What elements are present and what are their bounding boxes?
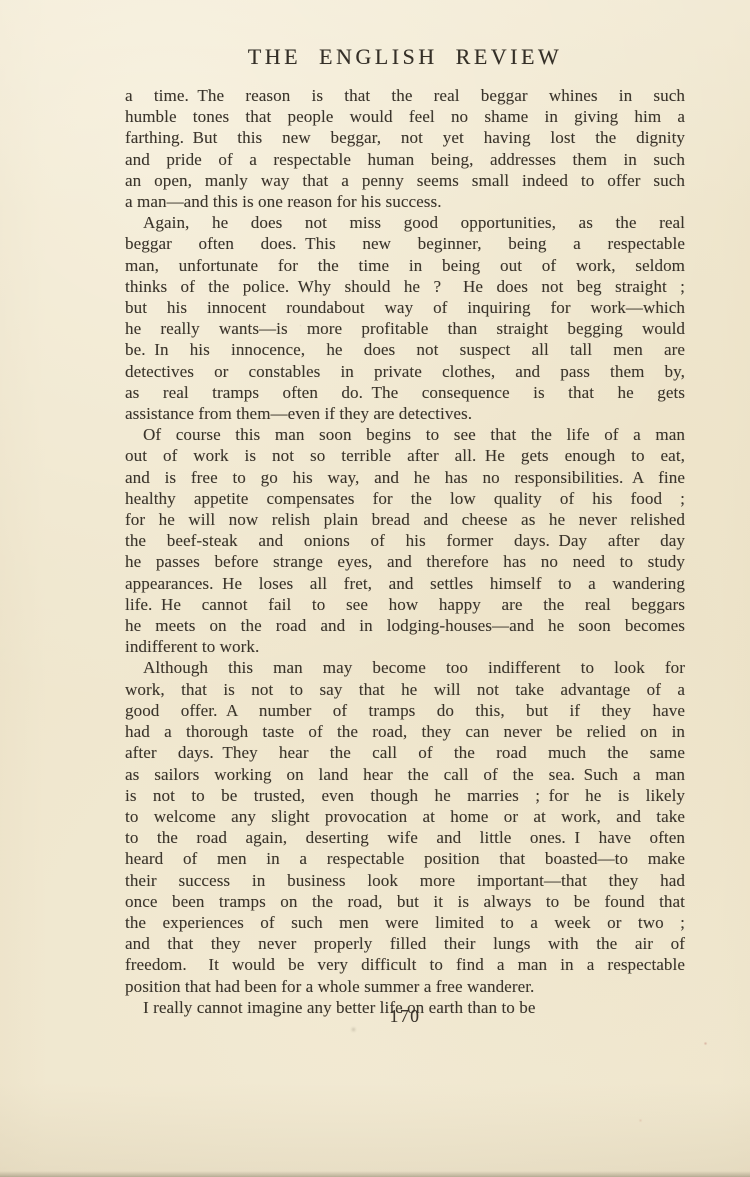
- text-line: heard of men in a respectable position t…: [125, 848, 685, 869]
- text-line: a man—and this is one reason for his suc…: [125, 191, 685, 212]
- paragraph: Although this man may become too indiffe…: [125, 657, 685, 996]
- text-line: farthing. But this new beggar, not yet h…: [125, 127, 685, 148]
- text-line: life. He cannot fail to see how happy ar…: [125, 594, 685, 615]
- running-head-title: THE ENGLISH REVIEW: [125, 44, 685, 70]
- text-line: and pride of a respectable human being, …: [125, 149, 685, 170]
- text-line: indifferent to work.: [125, 636, 685, 657]
- text-line: the beef-steak and onions of his former …: [125, 530, 685, 551]
- text-line: humble tones that people would feel no s…: [125, 106, 685, 127]
- page-number: 170: [125, 1006, 685, 1027]
- text-line: their success in business look more impo…: [125, 870, 685, 891]
- text-line: he meets on the road and in lodging-hous…: [125, 615, 685, 636]
- text-line: work, that is not to say that he will no…: [125, 679, 685, 700]
- text-line: position that had been for a whole summe…: [125, 976, 685, 997]
- text-line: an open, manly way that a penny seems sm…: [125, 170, 685, 191]
- text-line: assistance from them—even if they are de…: [125, 403, 685, 424]
- text-block: a time. The reason is that the real begg…: [125, 85, 685, 1018]
- text-line: after days. They hear the call of the ro…: [125, 742, 685, 763]
- text-line: man, unfortunate for the time in being o…: [125, 255, 685, 276]
- text-line: Of course this man soon begins to see th…: [125, 424, 685, 445]
- text-line: to welcome any slight provocation at hom…: [125, 806, 685, 827]
- text-line: he passes before strange eyes, and there…: [125, 551, 685, 572]
- text-line: good offer. A number of tramps do this, …: [125, 700, 685, 721]
- text-line: as sailors working on land hear the call…: [125, 764, 685, 785]
- text-line: is not to be trusted, even though he mar…: [125, 785, 685, 806]
- text-line: healthy appetite compensates for the low…: [125, 488, 685, 509]
- text-line: to the road again, deserting wife and li…: [125, 827, 685, 848]
- text-line: Again, he does not miss good opportuniti…: [125, 212, 685, 233]
- text-line: freedom. It would be very difficult to f…: [125, 954, 685, 975]
- text-line: thinks of the police. Why should he ? He…: [125, 276, 685, 297]
- text-line: Although this man may become too indiffe…: [125, 657, 685, 678]
- paragraph: Again, he does not miss good opportuniti…: [125, 212, 685, 424]
- text-line: a time. The reason is that the real begg…: [125, 85, 685, 106]
- text-line: he really wants—is more profitable than …: [125, 318, 685, 339]
- text-line: detectives or constables in private clot…: [125, 361, 685, 382]
- text-line: appearances. He loses all fret, and sett…: [125, 573, 685, 594]
- text-line: out of work is not so terrible after all…: [125, 445, 685, 466]
- paragraph: Of course this man soon begins to see th…: [125, 424, 685, 657]
- text-line: the experiences of such men were limited…: [125, 912, 685, 933]
- page-bottom-edge-shadow: [0, 1171, 750, 1177]
- text-line: but his innocent roundabout way of inqui…: [125, 297, 685, 318]
- text-line: once been tramps on the road, but it is …: [125, 891, 685, 912]
- text-line: beggar often does. This new beginner, be…: [125, 233, 685, 254]
- paragraph: a time. The reason is that the real begg…: [125, 85, 685, 212]
- text-line: and that they never properly filled thei…: [125, 933, 685, 954]
- scanned-book-page: { "page": { "header": { "title": "THE EN…: [0, 0, 750, 1177]
- scan-specks: [0, 0, 1, 1]
- text-line: be. In his innocence, he does not suspec…: [125, 339, 685, 360]
- text-line: and is free to go his way, and he has no…: [125, 467, 685, 488]
- text-line: had a thorough taste of the road, they c…: [125, 721, 685, 742]
- text-line: as real tramps often do. The consequence…: [125, 382, 685, 403]
- text-line: for he will now relish plain bread and c…: [125, 509, 685, 530]
